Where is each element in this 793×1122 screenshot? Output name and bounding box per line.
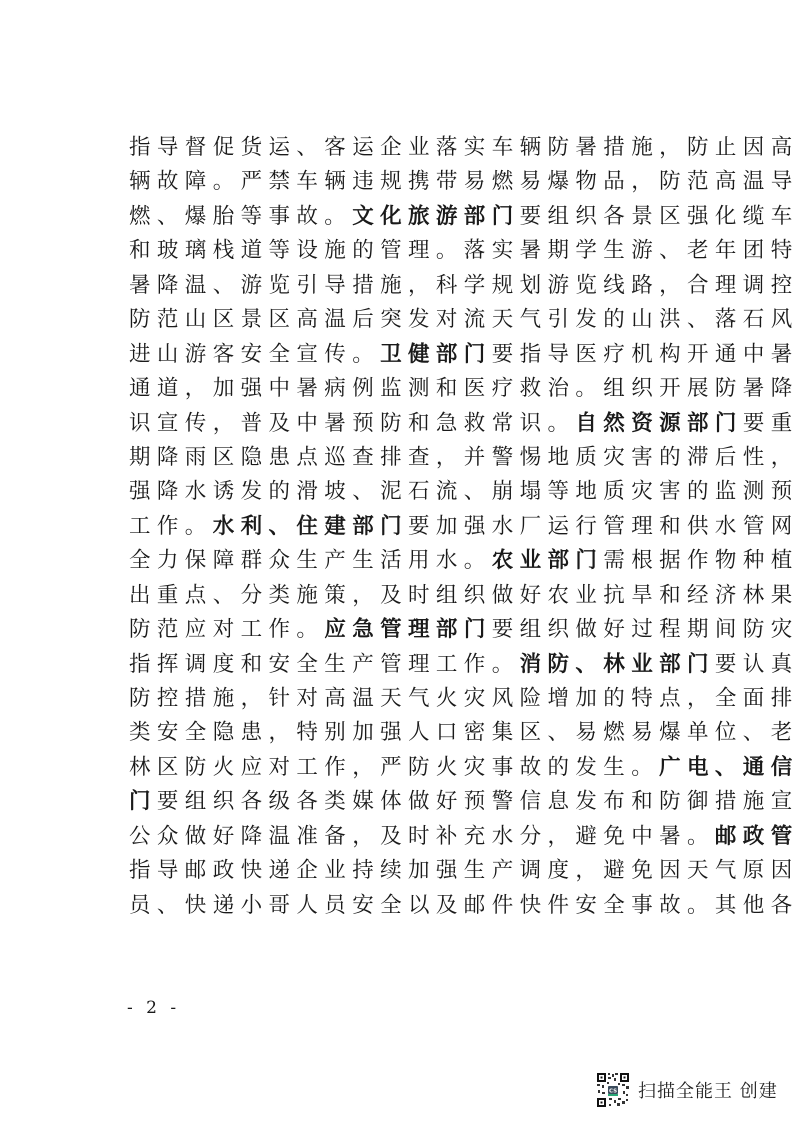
- text-line: 林区防火应对工作，严防火灾事故的发生。广电、通信管理等部: [129, 751, 673, 785]
- text-segment: 期降雨区隐患点巡查排查，并警惕地质灾害的滞后性，继续做好: [129, 445, 793, 470]
- text-segment: 进山游客安全宣传。: [129, 342, 380, 367]
- bold-department-name: 水利、住建部门: [213, 514, 408, 539]
- text-segment: 要指导医疗机构开通中暑救治绿色: [492, 342, 793, 367]
- text-segment: 燃、爆胎等事故。: [129, 204, 352, 229]
- text-line: 类安全隐患，特别加强人口密集区、易燃易爆单位、老旧小区、: [129, 716, 673, 750]
- text-line: 门要组织各级各类媒体做好预警信息发布和防御措施宣传，提醒: [129, 785, 673, 819]
- text-segment: 指挥调度和安全生产管理工作。: [129, 652, 520, 677]
- text-segment: 要组织各景区强化缆车、索道、: [520, 204, 793, 229]
- text-segment: 防控措施，针对高温天气火灾风险增加的特点，全面排查消除各: [129, 686, 793, 711]
- bold-department-name: 应急管理部门: [324, 617, 491, 642]
- text-line: 通道，加强中暑病例监测和医疗救治。组织开展防暑降温健康知: [129, 372, 673, 406]
- text-line: 工作。水利、住建部门要加强水厂运行管理和供水管网检修维护，: [129, 510, 673, 544]
- text-segment: 防范应对工作。: [129, 617, 324, 642]
- text-line: 指导邮政快递企业持续加强生产调度，避免因天气原因导致投递: [129, 854, 673, 888]
- text-line: 燃、爆胎等事故。文化旅游部门要组织各景区强化缆车、索道、: [129, 200, 673, 234]
- text-segment: 类安全隐患，特别加强人口密集区、易燃易爆单位、老旧小区、: [129, 720, 793, 745]
- bold-department-name: 广电、通信管理等部: [659, 755, 793, 780]
- text-line: 全力保障群众生产生活用水。农业部门需根据作物种植情况，突: [129, 544, 673, 578]
- bold-department-name: 卫健部门: [380, 342, 492, 367]
- text-line: 指挥调度和安全生产管理工作。消防、林业部门要认真落实各项: [129, 648, 673, 682]
- text-line: 防范应对工作。应急管理部门要组织做好过程期间防灾减灾救灾: [129, 613, 673, 647]
- text-segment: 识宣传，普及中暑预防和急救常识。: [129, 411, 575, 436]
- text-segment: 出重点、分类施策，及时组织做好农业抗旱和经济林果高温热害: [129, 583, 793, 608]
- text-segment: 要组织各级各类媒体做好预警信息发布和防御措施宣传，提醒: [157, 789, 793, 814]
- scanner-watermark: CS 扫描全能王 创建: [596, 1070, 778, 1110]
- text-segment: 和玻璃栈道等设施的管理。落实暑期学生游、老年团特殊群体防: [129, 238, 793, 263]
- text-segment: 林区防火应对工作，严防火灾事故的发生。: [129, 755, 659, 780]
- text-line: 公众做好降温准备，及时补充水分，避免中暑。邮政管理部门要: [129, 820, 673, 854]
- text-line: 暑降温、游览引导措施，科学规划游览线路，合理调控游客流量，: [129, 269, 673, 303]
- text-segment: 暑降温、游览引导措施，科学规划游览线路，合理调控游客流量，: [129, 273, 793, 298]
- text-segment: 辆故障。严禁车辆违规携带易燃易爆物品，防范高温导致车辆自: [129, 169, 793, 194]
- text-line: 员、快递小哥人员安全以及邮件快件安全事故。其他各有关单位: [129, 889, 673, 923]
- text-line: 出重点、分类施策，及时组织做好农业抗旱和经济林果高温热害: [129, 579, 673, 613]
- text-segment: 指导邮政快递企业持续加强生产调度，避免因天气原因导致投递: [129, 858, 793, 883]
- text-line: 识宣传，普及中暑预防和急救常识。自然资源部门要重点加强前: [129, 407, 673, 441]
- text-line: 指导督促货运、客运企业落实车辆防暑措施，防止因高温引发车: [129, 131, 673, 165]
- document-body: 指导督促货运、客运企业落实车辆防暑措施，防止因高温引发车辆故障。严禁车辆违规携带…: [129, 131, 673, 923]
- text-segment: 要认真落实各项: [715, 652, 793, 677]
- watermark-text: 扫描全能王 创建: [638, 1077, 778, 1103]
- text-segment: 要加强水厂运行管理和供水管网检修维护，: [408, 514, 793, 539]
- page-number: - 2 -: [127, 998, 180, 1018]
- bold-department-name: 农业部门: [492, 548, 604, 573]
- text-segment: 公众做好降温准备，及时补充水分，避免中暑。: [129, 824, 715, 849]
- text-segment: 防范山区景区高温后突发对流天气引发的山洪、落石风险，强化: [129, 307, 793, 332]
- document-page: 指导督促货运、客运企业落实车辆防暑措施，防止因高温引发车辆故障。严禁车辆违规携带…: [0, 0, 793, 1122]
- text-line: 辆故障。严禁车辆违规携带易燃易爆物品，防范高温导致车辆自: [129, 165, 673, 199]
- text-segment: 要重点加强前: [743, 411, 793, 436]
- text-line: 强降水诱发的滑坡、泥石流、崩塌等地质灾害的监测预警和防御: [129, 475, 673, 509]
- text-line: 进山游客安全宣传。卫健部门要指导医疗机构开通中暑救治绿色: [129, 338, 673, 372]
- text-segment: 要组织做好过程期间防灾减灾救灾: [492, 617, 793, 642]
- text-segment: 全力保障群众生产生活用水。: [129, 548, 492, 573]
- svg-text:CS: CS: [609, 1089, 617, 1095]
- bold-department-name: 消防、林业部门: [520, 652, 715, 677]
- text-segment: 强降水诱发的滑坡、泥石流、崩塌等地质灾害的监测预警和防御: [129, 479, 793, 504]
- text-line: 期降雨区隐患点巡查排查，并警惕地质灾害的滞后性，继续做好: [129, 441, 673, 475]
- bold-department-name: 门: [129, 789, 157, 814]
- text-line: 防控措施，针对高温天气火灾风险增加的特点，全面排查消除各: [129, 682, 673, 716]
- text-segment: 需根据作物种植情况，突: [603, 548, 793, 573]
- text-segment: 员、快递小哥人员安全以及邮件快件安全事故。其他各有关单位: [129, 893, 793, 918]
- bold-department-name: 邮政管理部门: [715, 824, 793, 849]
- bold-department-name: 文化旅游部门: [352, 204, 519, 229]
- qr-code-icon: CS: [596, 1072, 630, 1108]
- bold-department-name: 自然资源部门: [575, 411, 742, 436]
- text-line: 和玻璃栈道等设施的管理。落实暑期学生游、老年团特殊群体防: [129, 234, 673, 268]
- text-line: 防范山区景区高温后突发对流天气引发的山洪、落石风险，强化: [129, 303, 673, 337]
- text-segment: 工作。: [129, 514, 213, 539]
- text-segment: 通道，加强中暑病例监测和医疗救治。组织开展防暑降温健康知: [129, 376, 793, 401]
- text-segment: 指导督促货运、客运企业落实车辆防暑措施，防止因高温引发车: [129, 135, 793, 160]
